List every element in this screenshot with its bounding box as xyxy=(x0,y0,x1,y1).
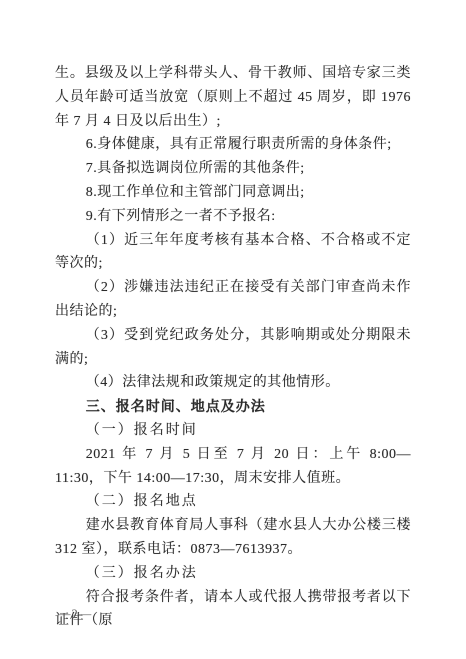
paragraph: 2021 年 7 月 5 日至 7 月 20 日：上午 8:00—11:30，下… xyxy=(55,443,411,491)
document-body: 生。县级及以上学科带头人、骨干教师、国培专家三类人员年龄可适当放宽（原则上不超过… xyxy=(55,62,411,633)
paragraph: （4）法律法规和政策规定的其他情形。 xyxy=(55,371,411,395)
paragraph: 符合报考条件者，请本人或代报人携带报考者以下证件（原 xyxy=(55,586,411,634)
paragraph: 7.具备拟选调岗位所需的其他条件; xyxy=(55,157,411,181)
subsection-heading: （二）报名地点 xyxy=(55,490,411,514)
paragraph: 6.身体健康，具有正常履行职责所需的身体条件; xyxy=(55,133,411,157)
document-page: 生。县级及以上学科带头人、骨干教师、国培专家三类人员年龄可适当放宽（原则上不超过… xyxy=(0,0,466,659)
subsection-heading: （三）报名办法 xyxy=(55,562,411,586)
paragraph: 9.有下列情形之一者不予报名: xyxy=(55,205,411,229)
paragraph: （1）近三年年度考核有基本合格、不合格或不定等次的; xyxy=(55,229,411,277)
paragraph: 8.现工作单位和主管部门同意调出; xyxy=(55,181,411,205)
paragraph: 建水县教育体育局人事科（建水县人大办公楼三楼 312 室），联系电话：0873—… xyxy=(55,514,411,562)
paragraph: （2）涉嫌违法违纪正在接受有关部门审查尚未作出结论的; xyxy=(55,276,411,324)
paragraph: （3）受到党纪政务处分，其影响期或处分期限未满的; xyxy=(55,324,411,372)
section-heading: 三、报名时间、地点及办法 xyxy=(55,395,411,419)
paragraph: 生。县级及以上学科带头人、骨干教师、国培专家三类人员年龄可适当放宽（原则上不超过… xyxy=(55,62,411,133)
page-number: —2— xyxy=(58,607,92,622)
subsection-heading: （一）报名时间 xyxy=(55,419,411,443)
